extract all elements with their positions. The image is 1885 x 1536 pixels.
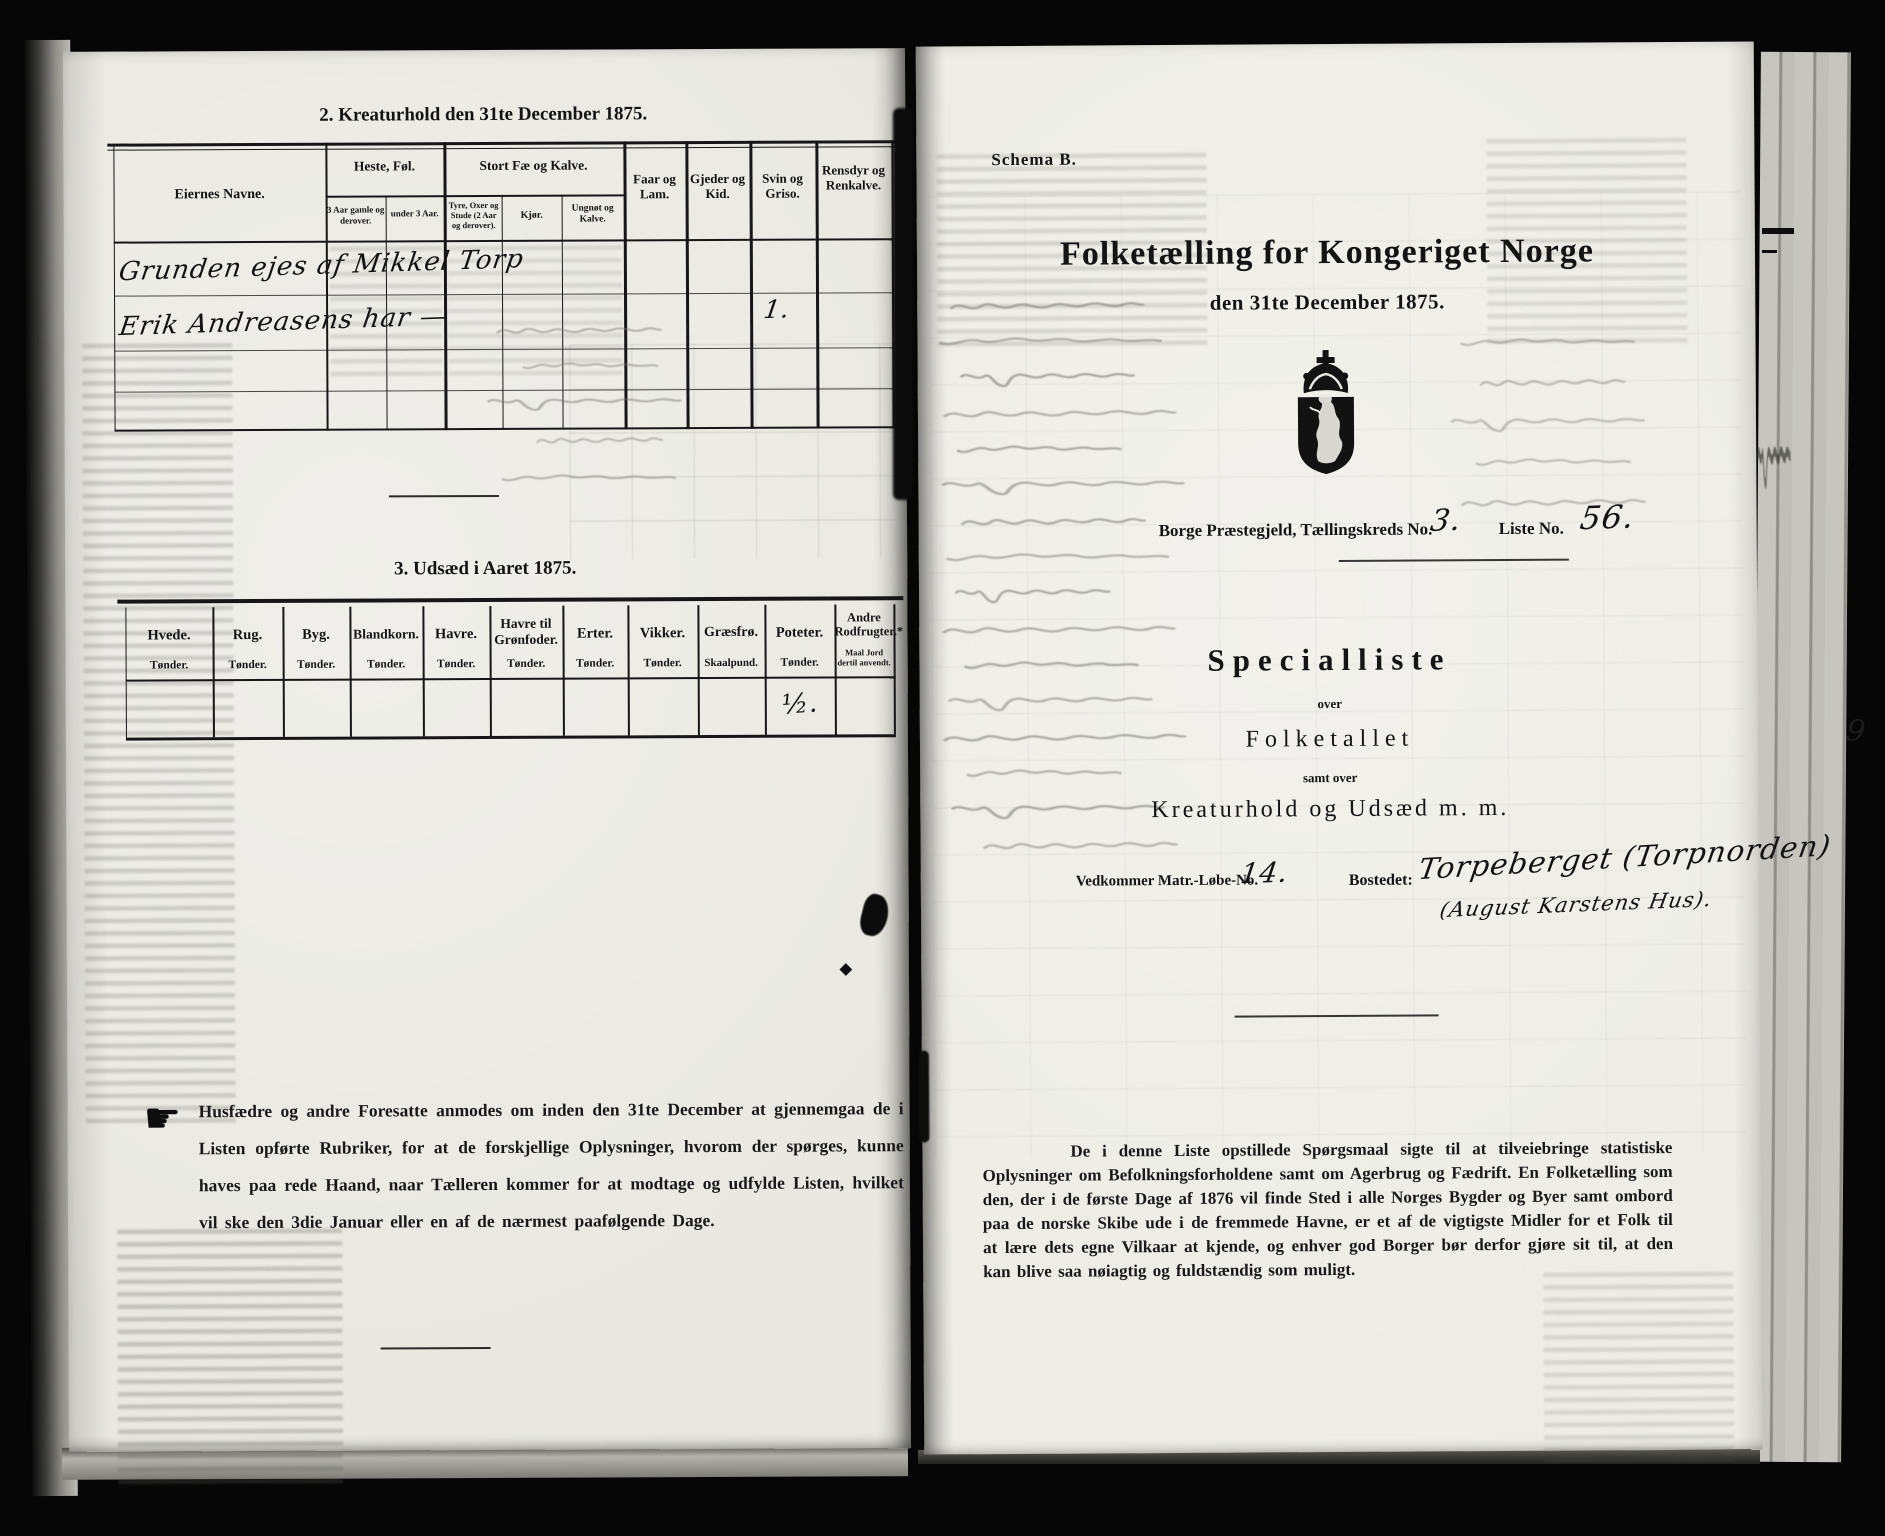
date-line: den 31te December 1875. (977, 288, 1677, 317)
col-header-cattle-young: Ungnøt og Kalve. (563, 203, 623, 225)
faint-handwriting (1473, 452, 1633, 471)
gutter-shadow (893, 108, 913, 500)
seed-col-unit: Tønder. (213, 659, 283, 671)
livestock-title: 2. Kreaturhold den 31te December 1875. (213, 103, 753, 127)
scanned-census-spread: 2. Kreaturhold den 31te December 1875. E… (0, 0, 1885, 1536)
col-header-owner: Eiernes Navne. (114, 187, 326, 204)
faint-handwriting (935, 331, 1165, 350)
table-rule (325, 143, 328, 431)
faint-handwriting (535, 431, 665, 448)
right-page: Schema B. Folketælling for Kongeriget No… (916, 41, 1763, 1454)
table-rule (126, 734, 896, 740)
faint-handwriting (1457, 332, 1637, 351)
seed-col-name: Byg. (282, 627, 349, 644)
seed-col-name: Havre. (422, 626, 489, 643)
left-page: 2. Kreaturhold den 31te December 1875. E… (63, 48, 911, 1452)
seed-col-name: Blandkorn. (349, 626, 422, 642)
faint-handwriting (954, 439, 1124, 458)
subtitle-kreaturhold: Kreaturhold og Udsæd m. m. (1030, 794, 1630, 825)
faint-handwriting (520, 357, 660, 374)
liste-value: 56. (1578, 497, 1638, 537)
table-rule (114, 388, 894, 392)
faint-handwriting (938, 475, 1188, 495)
seed-col-name: Poteter. (764, 624, 834, 641)
subtitle-specialliste: Specialliste (1079, 641, 1579, 680)
liste-printed: Liste No. (1499, 518, 1589, 539)
faint-handwriting (981, 835, 1181, 854)
scan-artifact-blob (919, 1051, 930, 1143)
table-rule (126, 676, 896, 681)
table-rule (117, 596, 903, 603)
main-title: Folketælling for Kongeriget Norge (977, 232, 1677, 274)
book-edge-right (1751, 52, 1851, 1463)
seed-table: Hvede. Rug. Byg. Blandkorn. Havre. Havre… (125, 596, 896, 739)
col-header-goats: Gjeder og Kid. (686, 171, 748, 201)
seed-col-name: Græsfrø. (697, 625, 764, 641)
bleed-through-text (117, 1229, 343, 1492)
seed-col-name: Andre Rodfrugter.* (834, 610, 893, 638)
seed-col-unit: Tønder. (628, 657, 698, 669)
col-header-reindeer: Rensdyr og Renkalve. (816, 162, 890, 192)
col-header-horses-old: 3 Aar gamle og derover. (327, 204, 385, 225)
edge-dash-mark (1762, 250, 1777, 253)
schema-label: Schema B. (991, 149, 1111, 170)
table-rule (326, 194, 624, 197)
seed-col-unit: Tønder. (350, 658, 423, 670)
seed-col-unit: Skaalpund. (698, 657, 765, 669)
subtitle-samt-over: samt over (1080, 769, 1580, 788)
handwritten-pigs-value: 1. (762, 294, 792, 324)
faint-handwriting (499, 469, 679, 486)
divider-rule (381, 1347, 491, 1349)
explanatory-paragraph: De i denne Liste opstillede Spørgsmaal s… (982, 1136, 1673, 1284)
bleed-through-text (1543, 1272, 1734, 1463)
coat-of-arms (1290, 348, 1363, 478)
table-rule (107, 140, 899, 146)
col-header-horses-young: under 3 Aar. (387, 208, 443, 219)
seed-col-unit: Tønder. (490, 658, 563, 670)
table-rule (114, 238, 894, 243)
seed-col-name: Erter. (562, 625, 627, 642)
district-value: 3. (1428, 503, 1464, 539)
scan-artifact-blob (857, 892, 892, 939)
table-rule (107, 146, 899, 150)
col-header-sheep: Faar og Lam. (624, 171, 684, 201)
faint-handwriting (494, 321, 664, 338)
manicule-icon: ☛ (143, 1093, 181, 1142)
faint-handwriting (958, 367, 1138, 386)
subtitle-folketallet: Folketallet (1080, 725, 1580, 755)
col-header-pigs: Svin og Griso. (750, 171, 814, 201)
edge-bleed-marks (1757, 432, 1791, 484)
seed-col-name: Vikker. (627, 625, 697, 642)
matrikel-value: 14. (1238, 856, 1290, 891)
faint-handwriting (484, 393, 684, 410)
table-rule (443, 142, 447, 430)
footnote-text: Husfædre og andre Foresatte anmodes om i… (198, 1090, 904, 1241)
margin-mark-9: 9 (1844, 713, 1868, 750)
subtitle-over: over (1080, 695, 1580, 714)
district-printed: Borge Præstegjeld, Tællingskreds No. (1159, 519, 1459, 541)
col-group-cattle: Stort Fæ og Kalve. (443, 157, 623, 174)
faint-handwriting (953, 583, 1113, 602)
livestock-table: Eiernes Navne. Heste, Føl. Stort Fæ og K… (113, 140, 894, 431)
faint-handwriting (943, 547, 1173, 566)
col-header-cattle-cows: Kjør. (503, 210, 561, 221)
faint-handwriting (939, 619, 1179, 638)
edge-dash-mark (1762, 228, 1794, 234)
faint-handwriting (940, 403, 1180, 422)
seed-col-unit: Tønder. (283, 659, 350, 671)
seed-col-name: Havre til Grønfoder. (489, 616, 562, 648)
seed-col-name: Hvede. (125, 627, 212, 644)
seed-col-unit: Tønder. (423, 658, 490, 670)
seed-col-unit: Maal Jord dertil anvendt. (835, 648, 894, 667)
faint-handwriting (1448, 412, 1648, 431)
seed-title: 3. Udsæd i Aaret 1875. (235, 557, 735, 581)
col-header-cattle-bulls: Tyre, Oxer og Stude (2 Aar og derover). (447, 200, 501, 230)
seed-col-unit: Tønder. (126, 659, 213, 671)
faint-handwriting (1478, 372, 1628, 391)
divider-rule (389, 495, 499, 497)
seed-col-name: Rug. (212, 627, 282, 644)
seed-col-unit: Tønder. (563, 657, 628, 669)
faint-handwriting (959, 511, 1149, 530)
handwritten-potatoes-value: ½. (764, 686, 836, 722)
seed-col-unit: Tønder. (765, 656, 835, 668)
col-group-horses: Heste, Føl. (325, 158, 443, 175)
